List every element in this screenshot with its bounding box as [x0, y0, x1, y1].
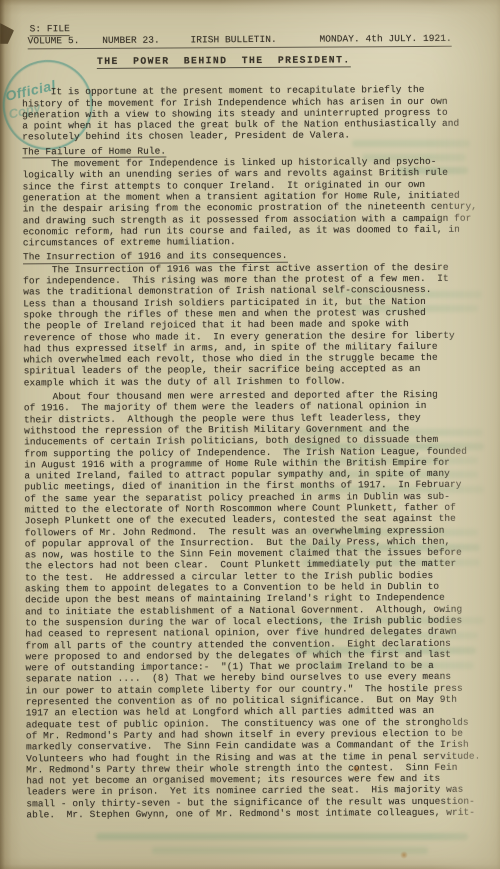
document-content: S: FILE VOLUME 5. NUMBER 23. IRISH BULLE…	[22, 21, 493, 824]
file-label: S: FILE	[30, 23, 70, 36]
paragraph: The movement for Independence is linked …	[22, 156, 489, 249]
torn-corner-mark	[0, 23, 14, 44]
text-line: able. Mr. Stephen Gwynn, one of Mr. Redm…	[26, 807, 492, 821]
paragraph: It is opportune at the present moment to…	[22, 84, 488, 143]
article-title: THE POWER BEHIND THE PRESIDENT.	[97, 54, 351, 69]
section-heading-text: The Failure of Home Rule.	[22, 145, 166, 158]
article-title-row: THE POWER BEHIND THE PRESIDENT.	[22, 54, 488, 70]
masthead-row: VOLUME 5. NUMBER 23. IRISH BULLETIN. MON…	[28, 33, 452, 50]
text-line: example which it was the duty of all Iri…	[24, 374, 490, 388]
masthead-title: IRISH BULLETIN.	[190, 34, 276, 46]
paragraph: The Insurrection of 1916 was the first a…	[23, 261, 490, 388]
issue-number-label: NUMBER 23.	[102, 35, 160, 47]
paragraph: About four thousand men were arrested an…	[24, 389, 493, 821]
volume-label: VOLUME 5.	[28, 35, 80, 47]
scanned-document-page: Official Copy S: FILE VOLUME 5. NUMBER 2…	[0, 0, 500, 869]
ink-bleed-strip	[96, 833, 468, 840]
text-line: resolutely behind its chosen leader, Pre…	[22, 129, 488, 143]
stain-spot	[400, 851, 408, 859]
ink-bleed-strip	[152, 847, 428, 854]
document-body: It is opportune at the present moment to…	[22, 84, 492, 821]
text-line: circumstances of extreme humiliation.	[23, 235, 489, 249]
issue-date: MONDAY. 4th JULY. 1921.	[319, 33, 451, 45]
